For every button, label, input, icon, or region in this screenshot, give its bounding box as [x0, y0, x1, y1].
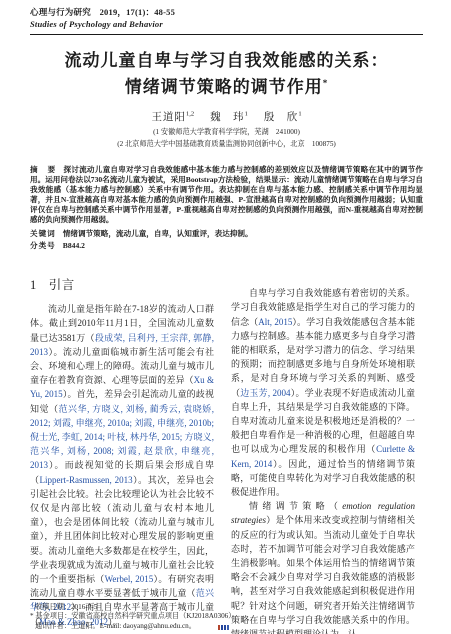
- journal-name-en: Studies of Psychology and Behavior: [30, 19, 423, 30]
- paper-page: 心理与行为研究 2019，17(1)：48-55 Studies of Psyc…: [0, 0, 451, 634]
- paragraph-intro-1: 流动儿童是指年龄在7-18岁的流动人口群体。截止到2010年11月1日，全国流动…: [30, 302, 214, 629]
- footnote-correspondence: 通讯作者：王道阳。E-mail: daoyang@ahnu.edu.cn。: [30, 622, 330, 632]
- journal-header: 心理与行为研究 2019，17(1)：48-55 Studies of Psyc…: [30, 7, 423, 35]
- article-title: 流动儿童自卑与学习自我效能感的关系：情绪调节策略的调节作用*: [30, 49, 423, 99]
- author-list: 王道阳1,2魏 玮1殷 欣1: [30, 108, 423, 125]
- clc-label: 分类号: [30, 241, 56, 250]
- section-1-number: 1: [30, 278, 37, 292]
- keywords-label: 关键词: [30, 229, 56, 238]
- keywords-text: 情绪调节策略，流动儿童，自卑，认知重评，表达抑制。: [63, 229, 253, 238]
- footnote-block: 收稿日期：2016-7-5 * 基金项目：安徽省高校自然科学研究重点项目（KJ2…: [30, 599, 330, 632]
- body-columns: 1引言 流动儿童是指年龄在7-18岁的流动人口群体。截止到2010年11月1日，…: [30, 272, 423, 634]
- article-title-line2: 情绪调节策略的调节作用: [125, 78, 323, 97]
- abstract: 摘 要探讨流动儿童自卑对学习自我效能感中基本能力感与控制感的差别效应以及情绪调节…: [30, 165, 423, 225]
- abstract-label: 摘 要: [30, 165, 56, 174]
- affiliation-2: (2 北京师范大学中国基础教育质量监测协同创新中心，北京 100875): [30, 139, 423, 151]
- paragraph-intro-2: 自卑与学习自我效能感有着密切的关系。学习自我效能感是指学生对自己的学习能力的信念…: [231, 286, 415, 499]
- title-footnote-marker: *: [323, 78, 329, 88]
- affiliation-list: (1 安徽师范大学教育科学学院，芜湖 241000) (2 北京师范大学中国基础…: [30, 127, 423, 150]
- footer-watermark-logo: [218, 625, 229, 630]
- keywords: 关键词情绪调节策略，流动儿童，自卑，认知重评，表达抑制。: [30, 229, 423, 239]
- author-1-affiliation-marker: 1,2: [186, 111, 194, 118]
- footnote-received-date: 收稿日期：2016-7-5: [30, 603, 330, 613]
- footnote-rule: [30, 599, 178, 600]
- clc-number: 分类号B844.2: [30, 241, 423, 251]
- footnote-funding: * 基金项目：安徽省高校自然科学研究重点项目（KJ2018A0306）。: [30, 612, 330, 622]
- column-left: 1引言 流动儿童是指年龄在7-18岁的流动人口群体。截止到2010年11月1日，…: [30, 272, 214, 634]
- section-1-heading: 1引言: [30, 275, 214, 293]
- abstract-text: 探讨流动儿童自卑对学习自我效能感中基本能力感与控制感的差别效应以及情绪调节策略在…: [30, 165, 423, 224]
- header-rule: [30, 34, 423, 35]
- author-2-affiliation-marker: 1: [245, 111, 248, 118]
- affiliation-1: (1 安徽师范大学教育科学学院，芜湖 241000): [30, 127, 423, 139]
- author-3-affiliation-marker: 1: [298, 111, 301, 118]
- author-3: 殷 欣1: [264, 112, 302, 123]
- author-2: 魏 玮1: [210, 112, 248, 123]
- article-title-line1: 流动儿童自卑与学习自我效能感的关系：: [65, 51, 389, 70]
- clc-value: B844.2: [63, 241, 85, 250]
- column-right: 自卑与学习自我效能感有着密切的关系。学习自我效能感是指学生对自己的学习能力的信念…: [231, 272, 415, 634]
- journal-citation-cn: 心理与行为研究 2019，17(1)：48-55: [30, 7, 423, 18]
- section-1-title: 引言: [49, 278, 75, 292]
- author-1: 王道阳1,2: [151, 112, 194, 123]
